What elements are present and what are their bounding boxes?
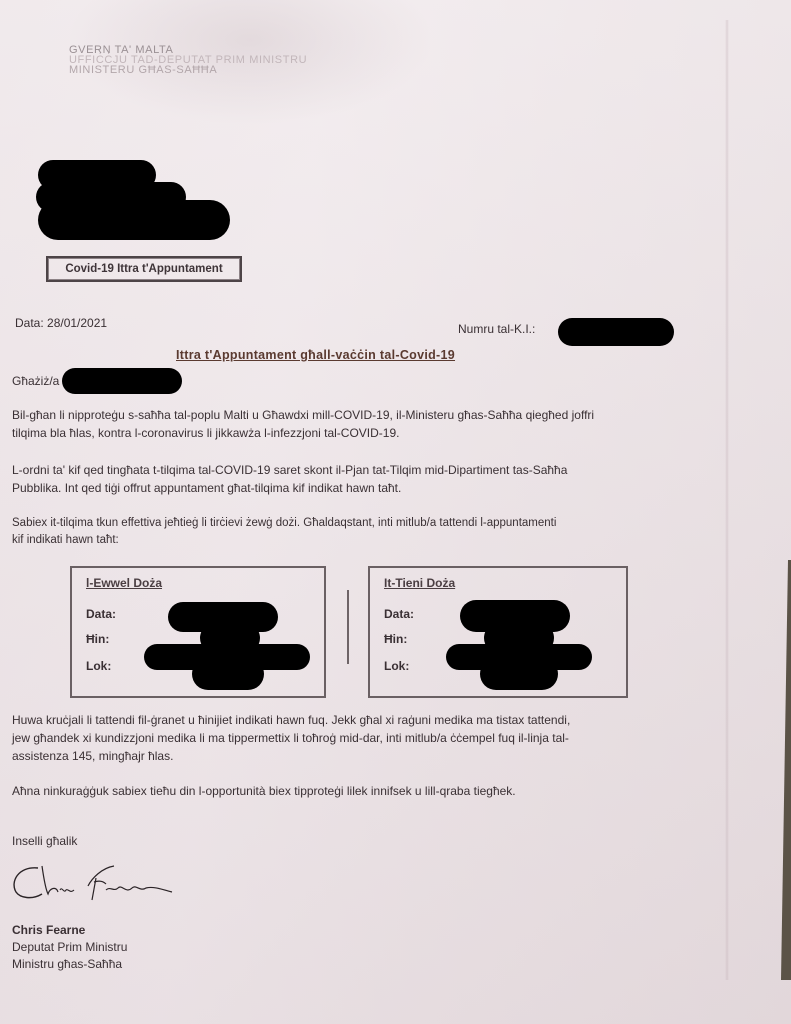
- first-dose-location-label: Lok:: [86, 659, 111, 673]
- second-dose-time-label: Ħin:: [384, 632, 407, 646]
- first-dose-title: l-Ewwel Doża: [86, 576, 162, 590]
- letterhead-ministry: MINISTERU GĦAS-SAĦĦA: [69, 65, 217, 76]
- paragraph-1-line-2: tilqima bla ħlas, kontra l-coronavirus l…: [12, 424, 399, 443]
- salutation-name-redacted: [62, 368, 182, 394]
- paragraph-1-line-1: Bil-għan li nipproteġu s-saħħa tal-poplu…: [12, 406, 594, 425]
- first-dose-time-label: Ħin:: [86, 632, 109, 646]
- background-edge: [781, 560, 791, 980]
- paragraph-4-line-1: Huwa kruċjali li tattendi fil-ġranet u ħ…: [12, 711, 570, 730]
- date-line: Data: 28/01/2021: [15, 314, 107, 333]
- second-dose-date-label: Data:: [384, 607, 414, 621]
- paragraph-2-line-1: L-ordni ta' kif qed tingħata t-tilqima t…: [12, 461, 567, 480]
- paragraph-4-line-3: assistenza 145, mingħajr ħlas.: [12, 747, 173, 766]
- salutation-prefix: Għażiż/a: [12, 372, 59, 391]
- document-type-label: Covid-19 Ittra t'Appuntament: [46, 256, 242, 282]
- signatory-title-2: Ministru għas-Saħħa: [12, 955, 122, 974]
- second-dose-location-label: Lok:: [384, 659, 409, 673]
- id-number-label: Numru tal-K.I.:: [458, 320, 535, 339]
- letter-subject: Ittra t'Appuntament għall-vaċċin tal-Cov…: [176, 348, 455, 362]
- second-dose-title: It-Tieni Doża: [384, 576, 455, 590]
- first-dose-date-label: Data:: [86, 607, 116, 621]
- paragraph-4-line-2: jew għandek xi kundizzjoni medika li ma …: [12, 729, 569, 748]
- first-dose-box: l-Ewwel Doża Data: Ħin: Lok:: [70, 566, 326, 698]
- second-dose-box: It-Tieni Doża Data: Ħin: Lok:: [368, 566, 628, 698]
- paragraph-2-line-2: Pubblika. Int qed tiġi offrut appuntamen…: [12, 479, 401, 498]
- id-number-redacted: [558, 318, 674, 346]
- closing-phrase: Inselli għalik: [12, 832, 77, 851]
- paragraph-5-line-1: Aħna ninkuraġġuk sabiex tieħu din l-oppo…: [12, 782, 516, 801]
- paper-fold-crease: [725, 20, 729, 980]
- paragraph-3-line-2: kif indikati hawn taħt:: [12, 531, 119, 550]
- dose-divider: [347, 590, 349, 664]
- signature-image: [8, 860, 178, 910]
